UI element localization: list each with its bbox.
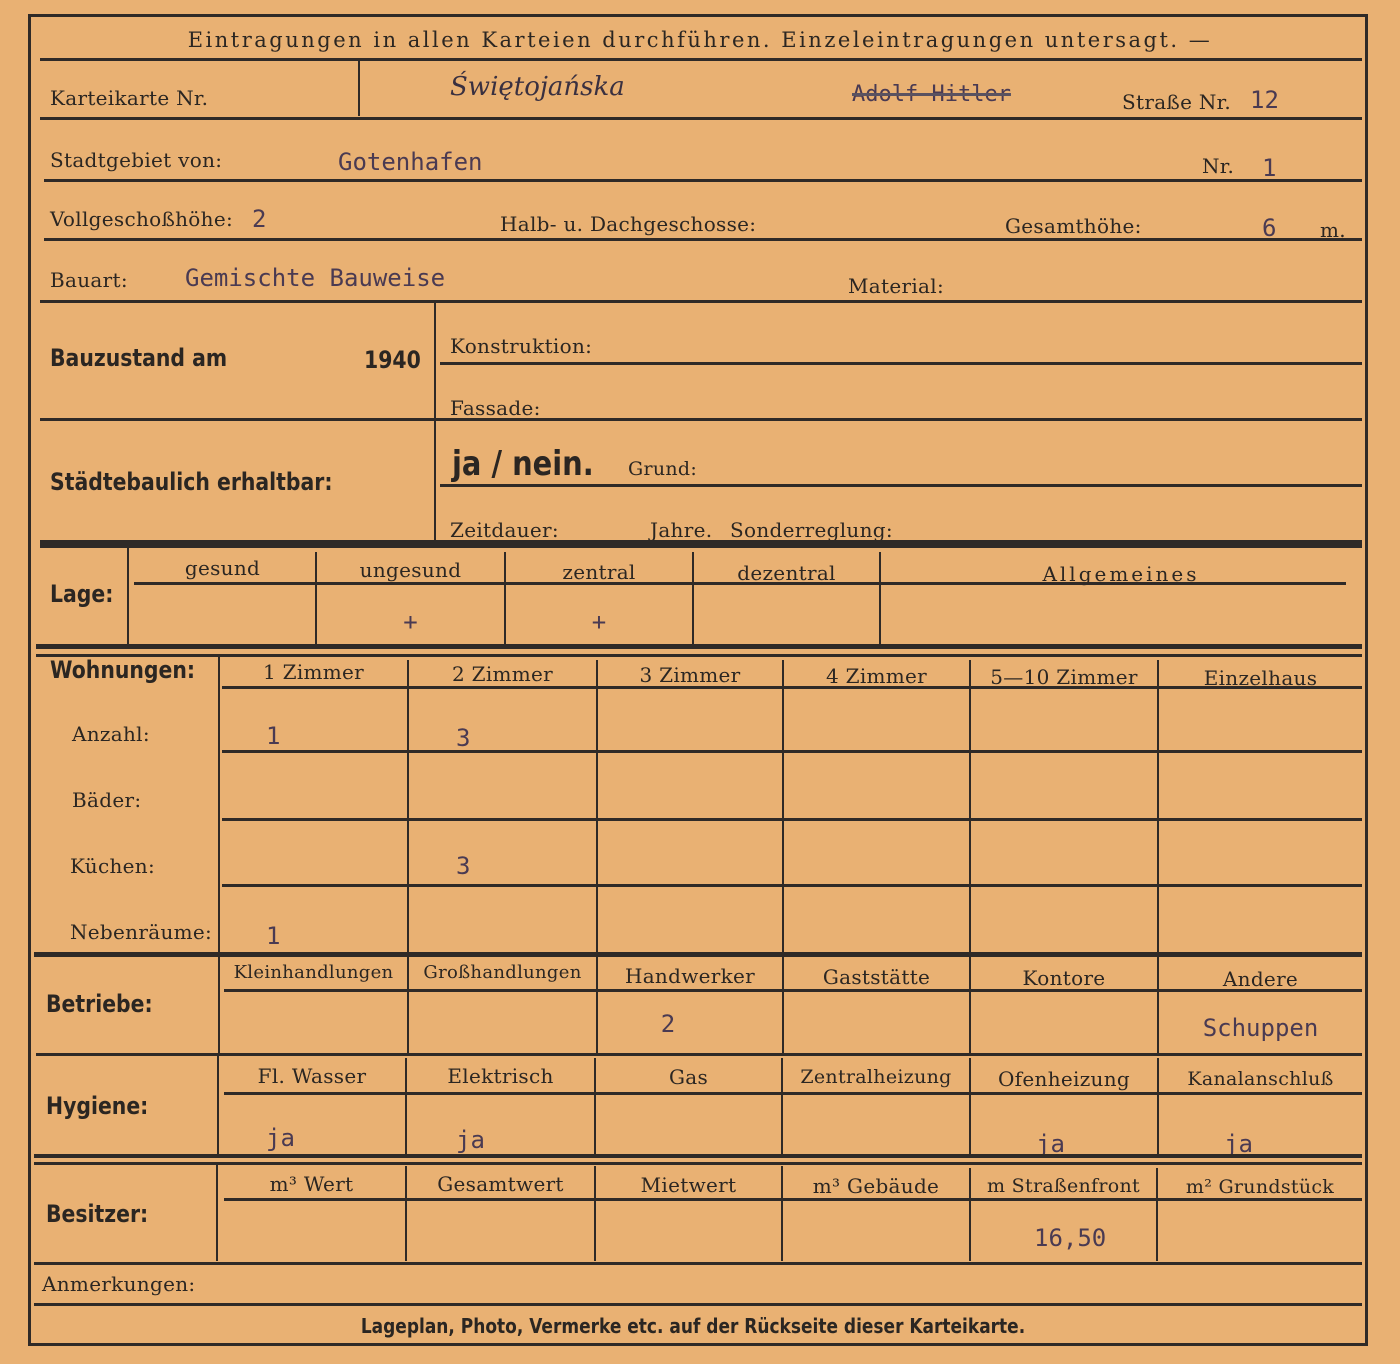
anmerkungen-label: Anmerkungen: [42,1272,195,1296]
vollgeschoss-value: 2 [252,205,266,233]
besitzer-col-m2-grundstueck: m² Grundstück [1158,1176,1362,1198]
divider [969,660,971,952]
divider [222,686,1362,689]
footer-note: Lageplan, Photo, Vermerke etc. auf der R… [30,1314,1356,1338]
divider [34,1262,1362,1265]
divider [596,660,598,952]
kuechen-2-zimmer: 3 [456,852,470,880]
jahre-label: Jahre. [650,518,712,542]
stadtgebiet-value: Gotenhafen [338,148,483,176]
divider [34,1162,1362,1165]
hygiene-col-zentralheizung: Zentralheizung [783,1066,969,1088]
wohnungen-col-1-zimmer: 1 Zimmer [220,660,407,684]
strasse-nr-value: 12 [1250,86,1279,114]
divider [34,1303,1362,1306]
divider [36,654,1362,657]
gesamthoehe-label: Gesamthöhe: [1005,214,1142,238]
besitzer-col-gesamtwert: Gesamtwert [407,1172,594,1196]
besitzer-col-m3-gebaeude: m³ Gebäude [783,1174,969,1198]
ja-nein-option: ja / nein. [452,444,594,484]
divider [36,1053,1362,1056]
divider [407,660,409,952]
divider [218,657,220,952]
betriebe-col-handwerker: Handwerker [598,964,782,988]
hygiene-value-elektrisch: ja [456,1126,485,1154]
lage-col-gesund: gesund [130,556,315,580]
divider [222,884,1362,887]
thick-divider [34,1154,1362,1158]
divider [440,484,1362,487]
lage-value-zentral: + [506,608,692,636]
sonderregelung-label: Sonderreglung: [730,518,893,542]
hygiene-col-fl-wasser: Fl. Wasser [219,1064,405,1088]
divider [358,60,360,116]
divider [782,660,784,952]
divider [224,1198,1362,1201]
divider [44,179,1362,182]
hygiene-col-gas: Gas [596,1065,781,1089]
divider [40,300,1362,303]
wohnungen-col-4-zimmer: 4 Zimmer [784,664,969,688]
vollgeschoss-label: Vollgeschoßhöhe: [50,207,233,231]
lage-label: Lage: [50,580,113,608]
wohnungen-row-baeder-label: Bäder: [72,788,141,812]
nr-label: Nr. [1202,154,1234,178]
divider [40,58,1362,61]
nr-value: 1 [1262,154,1276,182]
wohnungen-row-nebenraeume-label: Nebenräume: [70,920,212,944]
lage-col-ungesund: ungesund [317,558,504,582]
betriebe-label: Betriebe: [46,990,153,1018]
divider [40,418,1362,421]
betriebe-col-kleinhandlungen: Kleinhandlungen [220,962,407,983]
handwritten-street-name: Świętojańska [450,72,625,102]
thick-divider [34,952,1362,957]
divider [224,989,1362,992]
anzahl-1-zimmer: 1 [266,722,280,750]
bauart-value: Gemischte Bauweise [185,264,445,292]
divider [222,750,1362,753]
nebenraeume-1-zimmer: 1 [266,922,280,950]
thick-divider [36,644,1362,649]
wohnungen-row-kuechen-label: Küchen: [70,854,155,878]
lage-col-zentral: zentral [506,560,692,584]
divider [440,362,1362,365]
bauzustand-year: 1940 [364,346,421,374]
karteikarte-label: Karteikarte Nr. [50,86,208,110]
lage-value-ungesund: + [317,608,504,636]
hygiene-label: Hygiene: [46,1092,148,1120]
hygiene-col-ofenheizung: Ofenheizung [971,1067,1157,1091]
divider [224,1092,1362,1095]
divider [434,303,436,543]
struck-street-name: Adolf Hitler [852,82,1011,107]
besitzer-value-m-strassenfront: 16,50 [1034,1224,1106,1252]
zeitdauer-label: Zeitdauer: [450,518,559,542]
strasse-nr-label: Straße Nr. [1122,90,1231,114]
material-label: Material: [848,274,944,298]
divider [1157,660,1159,952]
header-instruction: Eintragungen in allen Karteien durchführ… [40,28,1360,52]
wohnungen-row-anzahl-label: Anzahl: [72,722,150,746]
anzahl-2-zimmer: 3 [456,724,470,752]
betriebe-col-grosshandlungen: Großhandlungen [409,962,596,983]
halb-dachgeschosse-label: Halb- u. Dachgeschosse: [500,212,756,236]
divider [44,238,1362,241]
erhaltbar-label: Städtebaulich erhaltbar: [50,468,333,496]
betriebe-value-andere: Schuppen [1159,1014,1362,1042]
bauart-label: Bauart: [50,268,128,292]
thick-divider [40,540,1362,548]
besitzer-col-mietwert: Mietwert [596,1173,781,1197]
besitzer-col-m3-wert: m³ Wert [218,1172,405,1196]
betriebe-col-kontore: Kontore [971,966,1157,990]
wohnungen-col-2-zimmer: 2 Zimmer [409,662,596,686]
betriebe-value-handwerker: 2 [598,1010,738,1038]
bauzustand-label: Bauzustand am [50,344,227,372]
besitzer-label: Besitzer: [46,1200,148,1228]
hygiene-col-kanalanschluss: Kanalanschluß [1159,1068,1362,1090]
divider [127,548,129,644]
fassade-label: Fassade: [450,396,541,420]
wohnungen-label: Wohnungen: [50,656,195,684]
hygiene-value-fl-wasser: ja [266,1124,295,1152]
stadtgebiet-label: Stadtgebiet von: [50,148,222,172]
wohnungen-col-3-zimmer: 3 Zimmer [598,663,782,687]
divider [134,582,1346,585]
grund-label: Grund: [628,458,697,480]
hygiene-col-elektrisch: Elektrisch [407,1064,594,1088]
betriebe-col-andere: Andere [1159,967,1362,991]
divider [40,117,1362,120]
besitzer-col-m-strassenfront: m Straßenfront [971,1175,1156,1197]
konstruktion-label: Konstruktion: [450,334,592,358]
divider [222,818,1362,821]
betriebe-col-gaststaette: Gaststätte [784,965,969,989]
